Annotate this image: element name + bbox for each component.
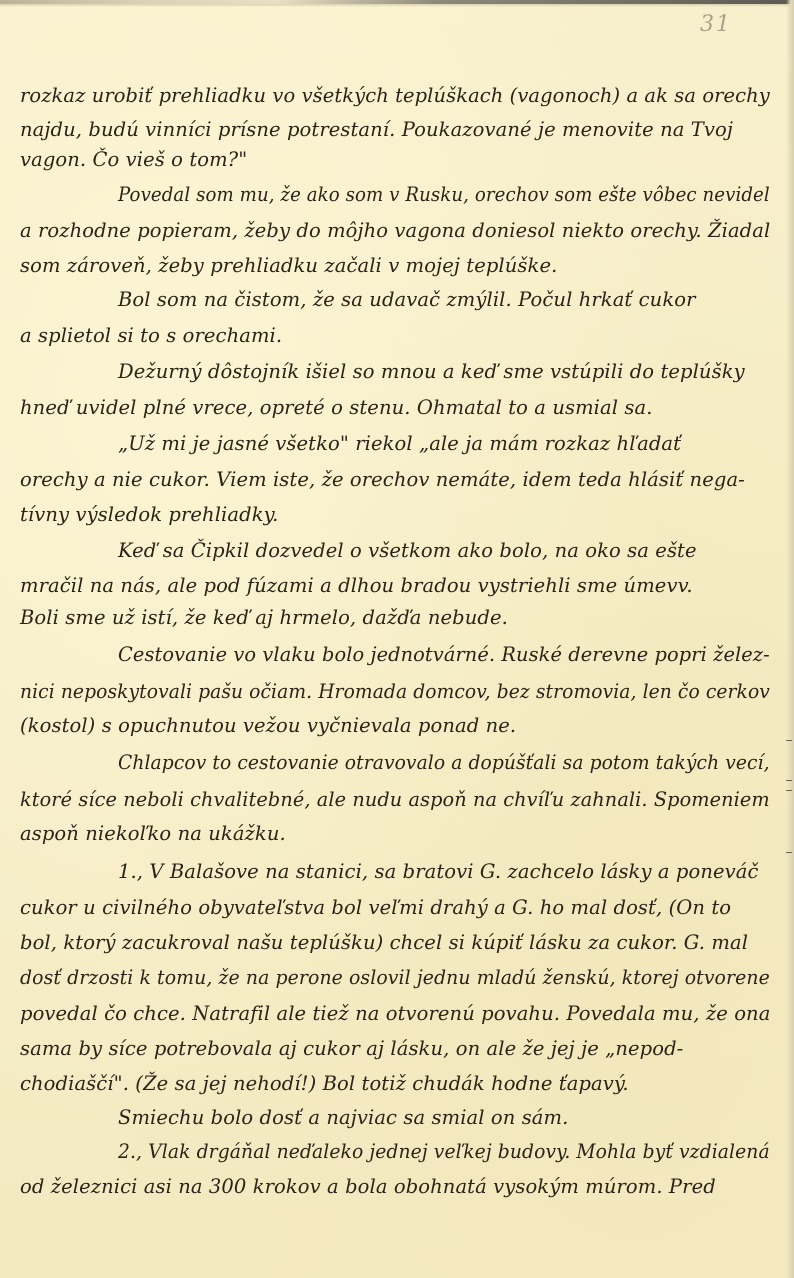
edge-mark (786, 790, 792, 791)
paper-top-edge-shadow (0, 4, 794, 7)
text-line: 2., Vlak drgáňal neďaleko jednej veľkej … (118, 1142, 770, 1162)
text-line: a splietol si to s orechami. (20, 326, 282, 346)
manuscript-page: 31 rozkaz urobiť prehliadku vo všetkých … (0, 0, 794, 1278)
text-line: ktoré síce neboli chvalitebné, ale nudu … (20, 790, 770, 810)
text-line: (kostol) s opuchnutou vežou vyčnievala p… (20, 716, 516, 736)
text-line: hneď uvidel plné vrece, opreté o stenu. … (20, 398, 653, 418)
text-line: Keď sa Čipkil dozvedel o všetkom ako bol… (118, 541, 697, 561)
text-line: orechy a nie cukor. Viem iste, že orecho… (20, 470, 745, 490)
text-line: sama by síce potrebovala aj cukor aj lás… (20, 1039, 683, 1059)
text-line: nici neposkytovali pašu očiam. Hromada d… (20, 682, 770, 702)
text-line: „Už mi je jasné všetko" riekol „ale ja m… (118, 434, 681, 454)
edge-mark (786, 780, 792, 781)
text-line: 1., V Balašove na stanici, sa bratovi G.… (118, 862, 759, 882)
text-line: povedal čo chce. Natrafil ale tiež na ot… (20, 1004, 770, 1024)
edge-mark (786, 852, 792, 853)
text-line: bol, ktorý zacukroval našu teplúšku) chc… (20, 933, 748, 953)
text-line: od železnici asi na 300 krokov a bola ob… (20, 1177, 716, 1197)
text-line: tívny výsledok prehliadky. (20, 505, 278, 525)
text-line: Povedal som mu, že ako som v Rusku, orec… (118, 185, 770, 205)
text-line: chodiaščí". (Že sa jej nehodí!) Bol toti… (20, 1074, 629, 1094)
text-line: Smiechu bolo dosť a najviac sa smial on … (118, 1108, 568, 1128)
text-line: cukor u civilného obyvateľstva bol veľmi… (20, 898, 731, 918)
text-line: Cestovanie vo vlaku bolo jednotvárné. Ru… (118, 645, 770, 665)
text-line: Chlapcov to cestovanie otravovalo a dopú… (118, 753, 770, 773)
edge-mark (786, 740, 792, 741)
text-line: dosť drzosti k tomu, že na perone oslovi… (20, 968, 770, 988)
text-line: Dežurný dôstojník išiel so mnou a keď sm… (118, 362, 745, 382)
text-line: rozkaz urobiť prehliadku vo všetkých tep… (20, 86, 770, 106)
text-line: a rozhodne popieram, žeby do môjho vagon… (20, 221, 770, 241)
text-line: najdu, budú vinníci prísne potrestaní. P… (20, 120, 733, 140)
text-line: Bol som na čistom, že sa udavač zmýlil. … (118, 290, 696, 310)
text-line: Boli sme už istí, že keď aj hrmelo, dažď… (20, 608, 508, 628)
text-line: vagon. Čo vieš o tom?" (20, 150, 247, 170)
text-line: som zároveň, žeby prehliadku začali v mo… (20, 256, 557, 276)
paper-right-edge (786, 0, 794, 1278)
text-line: mračil na nás, ale pod fúzami a dlhou br… (20, 576, 693, 596)
text-line: aspoň niekoľko na ukážku. (20, 824, 286, 844)
page-number: 31 (700, 12, 732, 37)
